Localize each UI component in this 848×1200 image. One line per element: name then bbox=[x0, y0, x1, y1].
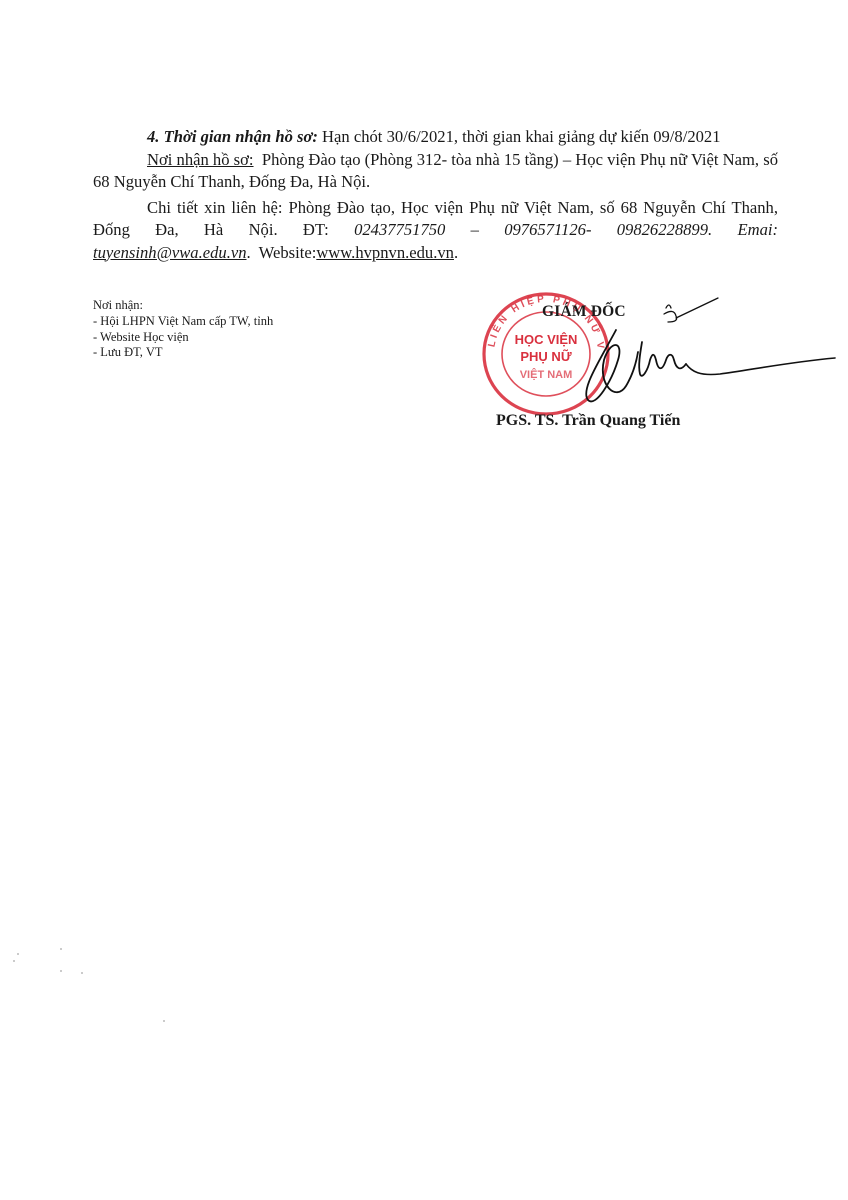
contact-paragraph: Chi tiết xin liên hệ: Phòng Đào tạo, Học… bbox=[93, 197, 778, 265]
section-4-paragraph: 4. Thời gian nhận hồ sơ: Hạn chót 30/6/2… bbox=[93, 126, 778, 149]
submission-paragraph: Nơi nhận hồ sơ: Phòng Đào tạo (Phòng 312… bbox=[93, 149, 778, 194]
recipients-block: Nơi nhận: - Hội LHPN Việt Nam cấp TW, tỉ… bbox=[93, 298, 273, 361]
email-link[interactable]: tuyensinh@vwa.edu.vn bbox=[93, 243, 247, 262]
section-4-text: Hạn chót 30/6/2021, thời gian khai giảng… bbox=[318, 127, 721, 146]
scan-speck bbox=[81, 972, 83, 974]
scan-speck bbox=[60, 970, 62, 972]
recipient-item: - Website Học viện bbox=[93, 330, 273, 346]
scan-speck bbox=[163, 1020, 165, 1022]
website-link[interactable]: www.hvpnvn.edu.vn bbox=[316, 243, 454, 262]
handwritten-signature-icon bbox=[560, 290, 840, 410]
signatory-name: PGS. TS. Trần Quang Tiến bbox=[496, 412, 680, 430]
submission-label: Nơi nhận hồ sơ: bbox=[147, 150, 254, 169]
document-body: 4. Thời gian nhận hồ sơ: Hạn chót 30/6/2… bbox=[93, 126, 778, 264]
contact-phones: 02437751750 – 0976571126- 09826228899. E… bbox=[354, 220, 778, 239]
document-page: 4. Thời gian nhận hồ sơ: Hạn chót 30/6/2… bbox=[0, 0, 848, 1200]
website-label: . Website: bbox=[247, 243, 317, 262]
scan-speck bbox=[17, 953, 19, 955]
recipient-item: - Lưu ĐT, VT bbox=[93, 345, 273, 361]
recipient-item: - Hội LHPN Việt Nam cấp TW, tỉnh bbox=[93, 314, 273, 330]
section-4-heading: 4. Thời gian nhận hồ sơ: bbox=[147, 127, 318, 146]
scan-speck bbox=[60, 948, 62, 950]
contact-end: . bbox=[454, 243, 458, 262]
recipients-title: Nơi nhận: bbox=[93, 298, 273, 314]
scan-speck bbox=[13, 960, 15, 962]
